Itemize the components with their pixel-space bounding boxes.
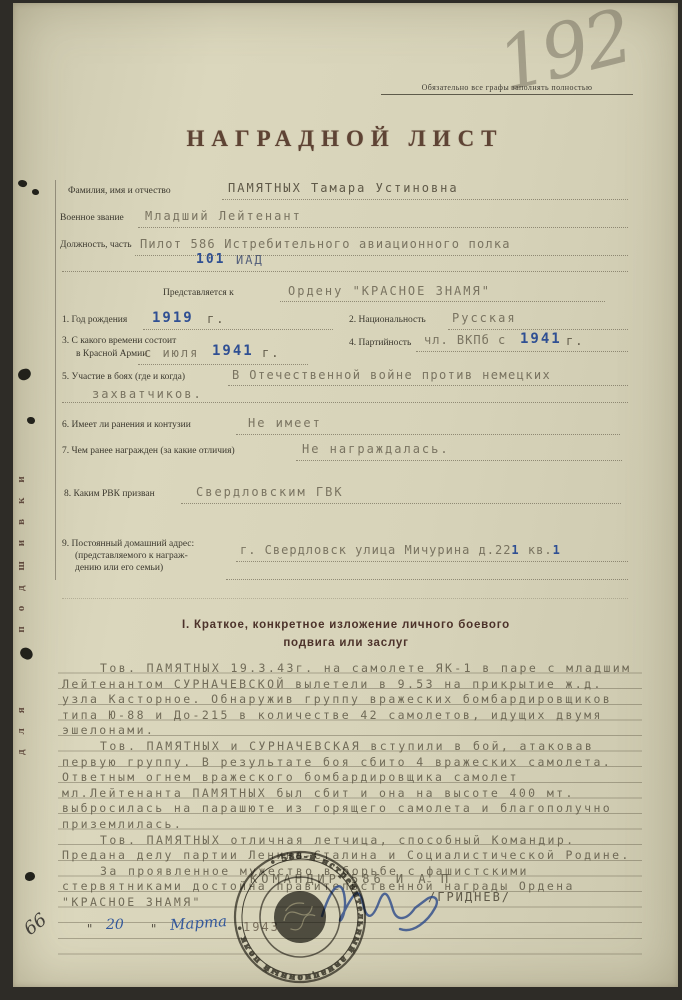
battles-value-1: В Отечественной войне против немецких — [232, 368, 551, 382]
rvk-label: 8. Каким РВК призван — [64, 489, 155, 499]
ruled-line — [236, 434, 620, 435]
ruled-line — [62, 271, 628, 272]
ruled-line — [138, 227, 628, 228]
presented-label: Представляется к — [163, 288, 234, 298]
address-kv: кв. — [520, 543, 553, 557]
ruled-line — [62, 402, 628, 403]
date-open-quote: " — [86, 922, 95, 936]
address-label-2: (представляемого к награж- — [75, 551, 188, 561]
address-text: г. Свердловск улица Мичурина д.22 — [240, 543, 511, 557]
ruled-line — [226, 579, 628, 580]
ruled-line — [143, 329, 333, 330]
nationality-label: 2. Национальность — [349, 315, 426, 325]
service-since-label-1: 3. С какого времени состоит — [62, 336, 176, 346]
birth-year-suffix: г. — [207, 312, 225, 326]
battles-label: 5. Участие в боях (где и когда) — [62, 372, 185, 382]
ruled-line — [416, 351, 628, 352]
birth-year-value: 1919 — [152, 310, 194, 326]
ruled-line — [135, 255, 628, 256]
date-close-quote: " — [150, 922, 159, 936]
ruled-line — [222, 199, 628, 200]
ruled-line — [280, 301, 605, 302]
battles-value-2: захватчиков. — [92, 387, 203, 401]
margin-vertical-caption: для подшивки — [15, 295, 27, 755]
party-value: чл. ВКПб с — [424, 333, 506, 347]
wounds-value: Не имеет — [248, 416, 322, 430]
address-value: г. Свердловск улица Мичурина д.221 кв.1 — [240, 543, 561, 557]
service-since-year: 1941 — [212, 343, 254, 359]
previous-awards-label: 7. Чем ранее награжден (за какие отличия… — [62, 446, 235, 456]
section-heading-line-1: I. Краткое, конкретное изложение личного… — [96, 619, 596, 631]
position-label: Должность, часть — [60, 240, 132, 250]
rvk-value: Свердловским ГВК — [196, 485, 344, 499]
party-suffix: г. — [566, 334, 584, 348]
ruled-line — [62, 598, 628, 599]
rank-value: Младший Лейтенант — [145, 209, 302, 223]
presented-value: Ордену "КРАСНОЕ ЗНАМЯ" — [288, 284, 491, 298]
nationality-value: Русская — [452, 311, 517, 325]
previous-awards-value: Не награждалась. — [302, 442, 450, 456]
ruled-line — [236, 561, 628, 562]
service-since-suffix: г. — [262, 346, 280, 360]
form-left-rule — [55, 180, 56, 580]
page-title: НАГРАДНОЙ ЛИСТ — [170, 126, 520, 152]
name-value: ПАМЯТНЫХ Тамара Устиновна — [228, 181, 459, 195]
scanned-award-sheet: для подшивки 192 Обязательно все графы з… — [0, 0, 682, 1000]
party-year: 1941 — [520, 331, 562, 347]
ruled-line — [138, 364, 308, 365]
position-value: Пилот 586 Истребительного авиационного п… — [140, 237, 511, 251]
ruled-line — [448, 329, 628, 330]
address-label-1: 9. Постоянный домашний адрес: — [62, 539, 194, 549]
fill-all-fields-note: Обязательно все графы заполнять полность… — [381, 83, 633, 95]
party-label: 4. Партийность — [349, 338, 411, 348]
wounds-label: 6. Имеет ли ранения и контузии — [62, 420, 191, 430]
rank-label: Военное звание — [60, 213, 124, 223]
ruled-line — [228, 385, 628, 386]
address-kv-blue: 1 — [553, 543, 561, 557]
date-day-handwritten: 20 — [106, 917, 124, 933]
ruled-line — [296, 460, 622, 461]
punch-hole — [32, 189, 39, 195]
name-label: Фамилия, имя и отчество — [68, 186, 171, 196]
address-label-3: дению или его семьи) — [75, 563, 163, 573]
section-heading-line-2: подвига или заслуг — [96, 637, 596, 649]
citation-paragraph: Тов. ПАМЯТНЫХ и СУРНАЧЕВСКАЯ вступили в … — [62, 739, 642, 833]
citation-paragraph: Тов. ПАМЯТНЫХ 19.3.43г. на самолете ЯК-1… — [62, 661, 642, 739]
address-house-blue: 1 — [511, 543, 519, 557]
birth-year-label: 1. Год рождения — [62, 315, 127, 325]
service-since-value: с июля — [144, 346, 199, 360]
service-since-label-2: в Красной Армии — [76, 349, 147, 359]
ruled-line — [181, 503, 621, 504]
unit-round-stamp: • 586-й истребительный авиационный полк … — [226, 843, 374, 991]
punch-hole — [27, 417, 35, 424]
